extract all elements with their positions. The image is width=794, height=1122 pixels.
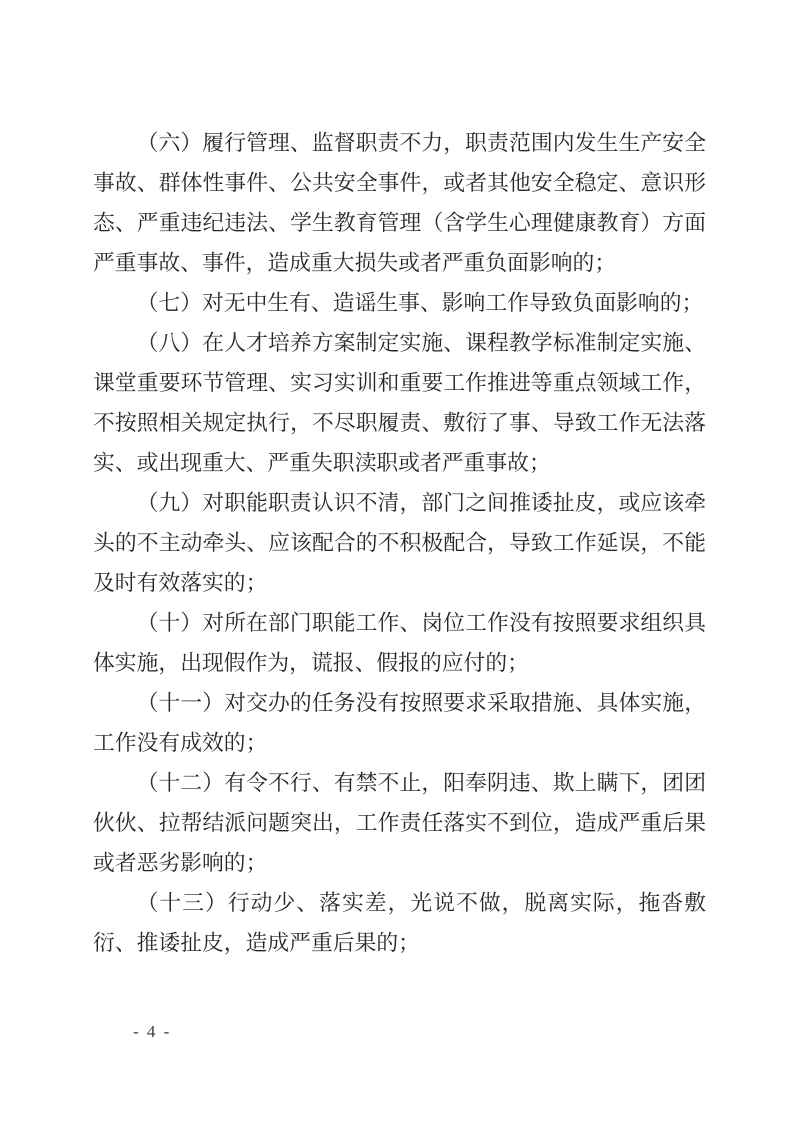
clause-item-9: （九）对职能职责认识不清，部门之间推诿扯皮，或应该牵头的不主动牵头、应该配合的不… (93, 483, 706, 603)
clause-item-13: （十三）行动少、落实差，光说不做，脱离实际，拖沓敷衍、推诿扯皮，造成严重后果的； (93, 883, 706, 963)
document-page: （六）履行管理、监督职责不力，职责范围内发生生产安全事故、群体性事件、公共安全事… (0, 0, 794, 1122)
clause-item-10: （十）对所在部门职能工作、岗位工作没有按照要求组织具体实施，出现假作为，谎报、假… (93, 603, 706, 683)
clause-item-6: （六）履行管理、监督职责不力，职责范围内发生生产安全事故、群体性事件、公共安全事… (93, 123, 706, 283)
clause-item-8: （八）在人才培养方案制定实施、课程教学标准制定实施、课堂重要环节管理、实习实训和… (93, 323, 706, 483)
clause-item-12: （十二）有令不行、有禁不止，阳奉阴违、欺上瞒下，团团伙伙、拉帮结派问题突出，工作… (93, 763, 706, 883)
document-body: （六）履行管理、监督职责不力，职责范围内发生生产安全事故、群体性事件、公共安全事… (93, 123, 706, 963)
page-number: - 4 - (133, 1022, 171, 1041)
clause-item-11: （十一）对交办的任务没有按照要求采取措施、具体实施，工作没有成效的； (93, 683, 706, 763)
page-footer: - 4 - (133, 1020, 171, 1044)
clause-item-7: （七）对无中生有、造谣生事、影响工作导致负面影响的； (93, 283, 706, 323)
